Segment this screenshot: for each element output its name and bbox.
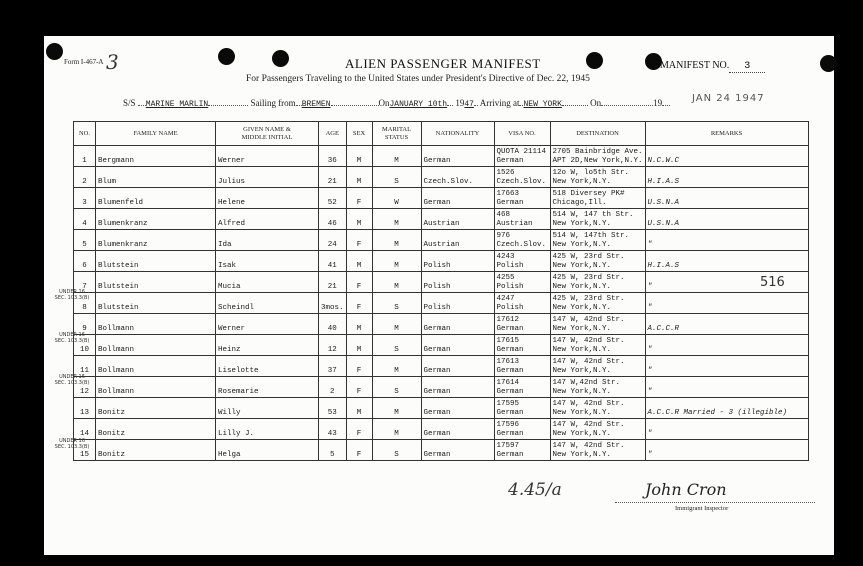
table-row: 2 Blum Julius 21 M S Czech.Slov. 1526Cze… bbox=[74, 167, 809, 188]
destination: 147 W, 42nd Str.New York,N.Y. bbox=[550, 440, 645, 461]
manifest-number-value: 3 bbox=[729, 61, 765, 73]
destination: 425 W, 23rd Str.New York,N.Y. bbox=[550, 272, 645, 293]
arriving-at-label: Arriving at bbox=[480, 98, 520, 108]
remarks: " bbox=[645, 356, 808, 377]
family-name: Bollmann bbox=[96, 356, 216, 377]
destination: 147 W, 42nd Str.New York,N.Y. bbox=[550, 314, 645, 335]
family-name: Bonitz bbox=[96, 419, 216, 440]
ship-name: MARINE MARLIN bbox=[146, 100, 208, 109]
given-name: Alfred bbox=[216, 209, 319, 230]
visa-number: QUOTA 21114 bbox=[497, 148, 548, 157]
marital-status: M bbox=[372, 146, 421, 167]
sex: M bbox=[346, 314, 372, 335]
destination-line2: New York,N.Y. bbox=[553, 451, 643, 460]
marital-status: S bbox=[372, 335, 421, 356]
sailing-year: 47 bbox=[464, 100, 474, 109]
destination-line2: APT 2D,New York,N.Y. bbox=[553, 157, 643, 166]
age: 21 bbox=[319, 167, 347, 188]
destination: 425 W, 23rd Str.New York,N.Y. bbox=[550, 251, 645, 272]
row-number: 13 bbox=[74, 398, 96, 419]
age: 46 bbox=[319, 209, 347, 230]
nationality: German bbox=[421, 377, 494, 398]
destination-line1: 147 W, 42nd Str. bbox=[553, 421, 643, 430]
given-name: Werner bbox=[216, 146, 319, 167]
marital-status: M bbox=[372, 314, 421, 335]
visa-country: German bbox=[497, 430, 548, 439]
page-subtitle: For Passengers Traveling to the United S… bbox=[246, 74, 590, 84]
destination-line2: New York,N.Y. bbox=[553, 430, 643, 439]
punch-hole bbox=[272, 50, 289, 67]
destination: 147 W, 42nd Str.New York,N.Y. bbox=[550, 356, 645, 377]
age: 53 bbox=[319, 398, 347, 419]
visa-country: Austrian bbox=[497, 220, 548, 229]
visa: 17614German bbox=[494, 377, 550, 398]
marital-status: M bbox=[372, 251, 421, 272]
nationality: German bbox=[421, 188, 494, 209]
visa-country: German bbox=[497, 346, 548, 355]
remarks: A.C.C.R Married - 3 (illegible) bbox=[645, 398, 808, 419]
family-name: Bonitz bbox=[96, 398, 216, 419]
visa-number: 17663 bbox=[497, 190, 548, 199]
given-name: Ida bbox=[216, 230, 319, 251]
table-row: 15 Bonitz Helga 5 F S German 17597German… bbox=[74, 440, 809, 461]
age: 40 bbox=[319, 314, 347, 335]
visa: 17595German bbox=[494, 398, 550, 419]
page-title: ALIEN PASSENGER MANIFEST bbox=[345, 56, 541, 72]
marital-status: S bbox=[372, 293, 421, 314]
row-number: 2 bbox=[74, 167, 96, 188]
destination: 147 W, 42nd Str.New York,N.Y. bbox=[550, 419, 645, 440]
nationality: German bbox=[421, 356, 494, 377]
table-row: 6 Blutstein Isak 41 M M Polish 4243Polis… bbox=[74, 251, 809, 272]
visa-country: German bbox=[497, 157, 548, 166]
destination: 147 W, 42nd Str.New York,N.Y. bbox=[550, 335, 645, 356]
remarks: H.I.A.S bbox=[645, 167, 808, 188]
destination: 147 W,42nd Str.New York,N.Y. bbox=[550, 377, 645, 398]
given-name: Helga bbox=[216, 440, 319, 461]
family-name: Bonitz bbox=[96, 440, 216, 461]
visa: QUOTA 21114German bbox=[494, 146, 550, 167]
marital-status: M bbox=[372, 272, 421, 293]
given-name: Werner bbox=[216, 314, 319, 335]
sex: M bbox=[346, 209, 372, 230]
row-number: 4 bbox=[74, 209, 96, 230]
age: 52 bbox=[319, 188, 347, 209]
table-row: 12 Bollmann Rosemarie 2 F S German 17614… bbox=[74, 377, 809, 398]
table-row: 10 Bollmann Heinz 12 M S German 17615Ger… bbox=[74, 335, 809, 356]
destination-line2: New York,N.Y. bbox=[553, 367, 643, 376]
nationality: German bbox=[421, 419, 494, 440]
sex: F bbox=[346, 293, 372, 314]
header-given-name: GIVEN NAME & MIDDLE INITIAL bbox=[216, 122, 319, 146]
visa-country: German bbox=[497, 388, 548, 397]
visa-number: 17613 bbox=[497, 358, 548, 367]
remarks: " bbox=[645, 419, 808, 440]
family-name: Bollmann bbox=[96, 377, 216, 398]
family-name: Blumenkranz bbox=[96, 209, 216, 230]
destination-line1: 147 W, 42nd Str. bbox=[553, 358, 643, 367]
remarks: " bbox=[645, 335, 808, 356]
visa: 17596German bbox=[494, 419, 550, 440]
remarks: U.S.N.A bbox=[645, 188, 808, 209]
given-name: Mucia bbox=[216, 272, 319, 293]
header-remarks: REMARKS bbox=[645, 122, 808, 146]
destination-line2: New York,N.Y. bbox=[553, 241, 643, 250]
visa: 17612German bbox=[494, 314, 550, 335]
margin-note: UNDER 16SEC. 103.3(B) bbox=[52, 289, 92, 301]
remarks: " bbox=[645, 440, 808, 461]
marital-status: S bbox=[372, 440, 421, 461]
visa-country: Polish bbox=[497, 304, 548, 313]
destination-line1: 147 W, 42nd Str. bbox=[553, 442, 643, 451]
table-row: 11 Bollmann Liselotte 37 F M German 1761… bbox=[74, 356, 809, 377]
remarks: U.S.N.A bbox=[645, 209, 808, 230]
age: 37 bbox=[319, 356, 347, 377]
header-visa-no: VISA NO. bbox=[494, 122, 550, 146]
sex: F bbox=[346, 230, 372, 251]
nationality: Czech.Slov. bbox=[421, 167, 494, 188]
table-row: 9 Bollmann Werner 40 M M German 17612Ger… bbox=[74, 314, 809, 335]
visa: 976Czech.Slov. bbox=[494, 230, 550, 251]
visa: 17663German bbox=[494, 188, 550, 209]
destination-line2: New York,N.Y. bbox=[553, 220, 643, 229]
destination: 514 W, 147th Str.New York,N.Y. bbox=[550, 230, 645, 251]
destination: 425 W, 23rd Str.New York,N.Y. bbox=[550, 293, 645, 314]
sailing-from: BREMEN bbox=[302, 100, 331, 109]
header-nationality: NATIONALITY bbox=[421, 122, 494, 146]
header-age: AGE bbox=[319, 122, 347, 146]
table-row: 13 Bonitz Willy 53 M M German 17595Germa… bbox=[74, 398, 809, 419]
handwritten-note: 4.45/a bbox=[508, 480, 562, 500]
table-row: 8 Blutstein Scheindl 3mos. F S Polish 42… bbox=[74, 293, 809, 314]
sailing-year-prefix: 19 bbox=[455, 98, 464, 108]
age: 41 bbox=[319, 251, 347, 272]
table-row: 5 Blumenkranz Ida 24 F M Austrian 976Cze… bbox=[74, 230, 809, 251]
marital-status: S bbox=[372, 167, 421, 188]
sex: M bbox=[346, 398, 372, 419]
age: 3mos. bbox=[319, 293, 347, 314]
punch-hole bbox=[820, 55, 837, 72]
destination-line2: New York,N.Y. bbox=[553, 388, 643, 397]
given-name: Willy bbox=[216, 398, 319, 419]
family-name: Bollmann bbox=[96, 335, 216, 356]
visa-number: 468 bbox=[497, 211, 548, 220]
inspector-label: Immigrant Inspector bbox=[675, 505, 728, 512]
remarks: " bbox=[645, 230, 808, 251]
arriving-at: NEW YORK bbox=[523, 100, 561, 109]
visa: 17615German bbox=[494, 335, 550, 356]
header-no: NO. bbox=[74, 122, 96, 146]
destination-line1: 147 W, 42nd Str. bbox=[553, 337, 643, 346]
family-name: Blutstein bbox=[96, 293, 216, 314]
passenger-table: NO. FAMILY NAME GIVEN NAME & MIDDLE INIT… bbox=[73, 121, 809, 461]
page-number: 3 bbox=[106, 50, 119, 74]
visa: 468Austrian bbox=[494, 209, 550, 230]
visa-country: German bbox=[497, 367, 548, 376]
destination-line1: 425 W, 23rd Str. bbox=[553, 274, 643, 283]
given-name: Rosemarie bbox=[216, 377, 319, 398]
visa-country: Czech.Slov. bbox=[497, 241, 548, 250]
destination-line1: 12o W, lo5th Str. bbox=[553, 169, 643, 178]
sex: F bbox=[346, 356, 372, 377]
visa-number: 17614 bbox=[497, 379, 548, 388]
destination-line2: Chicago,Ill. bbox=[553, 199, 643, 208]
family-name: Blum bbox=[96, 167, 216, 188]
nationality: German bbox=[421, 335, 494, 356]
destination-line1: 514 W, 147th Str. bbox=[553, 232, 643, 241]
visa: 4247Polish bbox=[494, 293, 550, 314]
nationality: Polish bbox=[421, 272, 494, 293]
visa-country: German bbox=[497, 325, 548, 334]
visa-country: German bbox=[497, 409, 548, 418]
row-number: 5 bbox=[74, 230, 96, 251]
destination: 2705 Bainbridge Ave.APT 2D,New York,N.Y. bbox=[550, 146, 645, 167]
nationality: Polish bbox=[421, 251, 494, 272]
marital-status: M bbox=[372, 230, 421, 251]
remarks: " bbox=[645, 293, 808, 314]
visa: 17597German bbox=[494, 440, 550, 461]
sex: F bbox=[346, 272, 372, 293]
margin-note: UNDER 16SEC. 103.3(B) bbox=[52, 374, 92, 386]
visa: 4243Polish bbox=[494, 251, 550, 272]
visa-number: 17612 bbox=[497, 316, 548, 325]
age: 43 bbox=[319, 419, 347, 440]
visa-number: 17595 bbox=[497, 400, 548, 409]
given-name: Isak bbox=[216, 251, 319, 272]
visa-number: 17596 bbox=[497, 421, 548, 430]
sex: F bbox=[346, 377, 372, 398]
destination-line1: 147 W, 42nd Str. bbox=[553, 400, 643, 409]
sailing-date: JANUARY 10th bbox=[390, 100, 448, 109]
sex: M bbox=[346, 251, 372, 272]
family-name: Blutstein bbox=[96, 251, 216, 272]
table-row: 4 Blumenkranz Alfred 46 M M Austrian 468… bbox=[74, 209, 809, 230]
marital-status: S bbox=[372, 377, 421, 398]
visa-number: 17597 bbox=[497, 442, 548, 451]
marital-status: M bbox=[372, 398, 421, 419]
destination-line2: New York,N.Y. bbox=[553, 262, 643, 271]
marital-status: M bbox=[372, 209, 421, 230]
punch-hole bbox=[46, 43, 63, 60]
destination: 514 W, 147 th Str.New York,N.Y. bbox=[550, 209, 645, 230]
given-name: Scheindl bbox=[216, 293, 319, 314]
nationality: German bbox=[421, 146, 494, 167]
age: 12 bbox=[319, 335, 347, 356]
given-name: Julius bbox=[216, 167, 319, 188]
marital-status: M bbox=[372, 419, 421, 440]
header-sex: SEX bbox=[346, 122, 372, 146]
destination-line1: 147 W, 42nd Str. bbox=[553, 316, 643, 325]
margin-note: UNDER 16SEC. 103.3(B) bbox=[52, 332, 92, 344]
sex: F bbox=[346, 419, 372, 440]
table-header-row: NO. FAMILY NAME GIVEN NAME & MIDDLE INIT… bbox=[74, 122, 809, 146]
visa-country: Polish bbox=[497, 262, 548, 271]
row-number: 6 bbox=[74, 251, 96, 272]
table-row: 3 Blumenfeld Helene 52 F W German 17663G… bbox=[74, 188, 809, 209]
punch-hole bbox=[586, 52, 603, 69]
family-name: Bollmann bbox=[96, 314, 216, 335]
nationality: German bbox=[421, 314, 494, 335]
nationality: German bbox=[421, 440, 494, 461]
row-number: 1 bbox=[74, 146, 96, 167]
family-name: Blumenkranz bbox=[96, 230, 216, 251]
manifest-number-label: MANIFEST NO. bbox=[660, 60, 729, 71]
sex: M bbox=[346, 146, 372, 167]
destination-line1: 514 W, 147 th Str. bbox=[553, 211, 643, 220]
visa-number: 4243 bbox=[497, 253, 548, 262]
row-number: 3 bbox=[74, 188, 96, 209]
destination-line1: 2705 Bainbridge Ave. bbox=[553, 148, 643, 157]
side-number: 516 bbox=[760, 275, 785, 290]
visa-number: 17615 bbox=[497, 337, 548, 346]
sex: M bbox=[346, 167, 372, 188]
given-name: Heinz bbox=[216, 335, 319, 356]
age: 5 bbox=[319, 440, 347, 461]
visa: 4255Polish bbox=[494, 272, 550, 293]
nationality: Austrian bbox=[421, 209, 494, 230]
header-family-name: FAMILY NAME bbox=[96, 122, 216, 146]
sex: M bbox=[346, 335, 372, 356]
header-destination: DESTINATION bbox=[550, 122, 645, 146]
table-row: 1 Bergmann Werner 36 M M German QUOTA 21… bbox=[74, 146, 809, 167]
age: 36 bbox=[319, 146, 347, 167]
destination-line1: 147 W,42nd Str. bbox=[553, 379, 643, 388]
destination-line2: New York,N.Y. bbox=[553, 409, 643, 418]
destination-line2: New York,N.Y. bbox=[553, 346, 643, 355]
destination-line2: New York,N.Y. bbox=[553, 304, 643, 313]
remarks: " bbox=[645, 377, 808, 398]
remarks: A.C.C.R bbox=[645, 314, 808, 335]
age: 21 bbox=[319, 272, 347, 293]
destination-line2: New York,N.Y. bbox=[553, 283, 643, 292]
nationality: Polish bbox=[421, 293, 494, 314]
inspector-signature: John Cron bbox=[645, 480, 727, 499]
age: 2 bbox=[319, 377, 347, 398]
table-row: 14 Bonitz Lilly J. 43 F M German 17596Ge… bbox=[74, 419, 809, 440]
sex: F bbox=[346, 440, 372, 461]
arrival-date-stamp: JAN 24 1947 bbox=[692, 93, 765, 104]
voyage-line: S/S MARINE MARLIN Sailing fromBREMENOnJA… bbox=[123, 97, 670, 109]
destination: 147 W, 42nd Str.New York,N.Y. bbox=[550, 398, 645, 419]
destination-line1: 518 Diversey PK# bbox=[553, 190, 643, 199]
arrival-on-label: On bbox=[590, 98, 601, 108]
marital-status: M bbox=[372, 356, 421, 377]
destination: 12o W, lo5th Str.New York,N.Y. bbox=[550, 167, 645, 188]
age: 24 bbox=[319, 230, 347, 251]
sex: F bbox=[346, 188, 372, 209]
visa-number: 976 bbox=[497, 232, 548, 241]
remarks: H.I.A.S bbox=[645, 251, 808, 272]
header-marital-status: MARITAL STATUS bbox=[372, 122, 421, 146]
destination-line2: New York,N.Y. bbox=[553, 178, 643, 187]
nationality: Austrian bbox=[421, 230, 494, 251]
visa-number: 4255 bbox=[497, 274, 548, 283]
nationality: German bbox=[421, 398, 494, 419]
marital-status: W bbox=[372, 188, 421, 209]
visa: 1526Czech.Slov. bbox=[494, 167, 550, 188]
family-name: Blumenfeld bbox=[96, 188, 216, 209]
destination-line1: 425 W, 23rd Str. bbox=[553, 295, 643, 304]
sailing-from-label: Sailing from bbox=[250, 98, 295, 108]
destination-line1: 425 W, 23rd Str. bbox=[553, 253, 643, 262]
family-name: Bergmann bbox=[96, 146, 216, 167]
family-name: Blutstein bbox=[96, 272, 216, 293]
visa-number: 4247 bbox=[497, 295, 548, 304]
visa-number: 1526 bbox=[497, 169, 548, 178]
sailing-on-label: On bbox=[379, 98, 390, 108]
manifest-number: MANIFEST NO.3 bbox=[660, 60, 765, 73]
visa-country: German bbox=[497, 451, 548, 460]
given-name: Liselotte bbox=[216, 356, 319, 377]
row-number: 14 bbox=[74, 419, 96, 440]
arrival-year-prefix: 19 bbox=[653, 98, 662, 108]
remarks: N.C.W.C bbox=[645, 146, 808, 167]
visa-country: Polish bbox=[497, 283, 548, 292]
form-id: Form I-467-A bbox=[64, 58, 103, 66]
given-name: Lilly J. bbox=[216, 419, 319, 440]
destination-line2: New York,N.Y. bbox=[553, 325, 643, 334]
given-name: Helene bbox=[216, 188, 319, 209]
punch-hole bbox=[218, 48, 235, 65]
signature-line bbox=[615, 502, 815, 503]
visa: 17613German bbox=[494, 356, 550, 377]
ss-label: S/S bbox=[123, 98, 136, 108]
destination: 518 Diversey PK#Chicago,Ill. bbox=[550, 188, 645, 209]
margin-note: UNDER 16SEC. 103.3(B) bbox=[52, 438, 92, 450]
table-row: 7 Blutstein Mucia 21 F M Polish 4255Poli… bbox=[74, 272, 809, 293]
visa-country: Czech.Slov. bbox=[497, 178, 548, 187]
visa-country: German bbox=[497, 199, 548, 208]
